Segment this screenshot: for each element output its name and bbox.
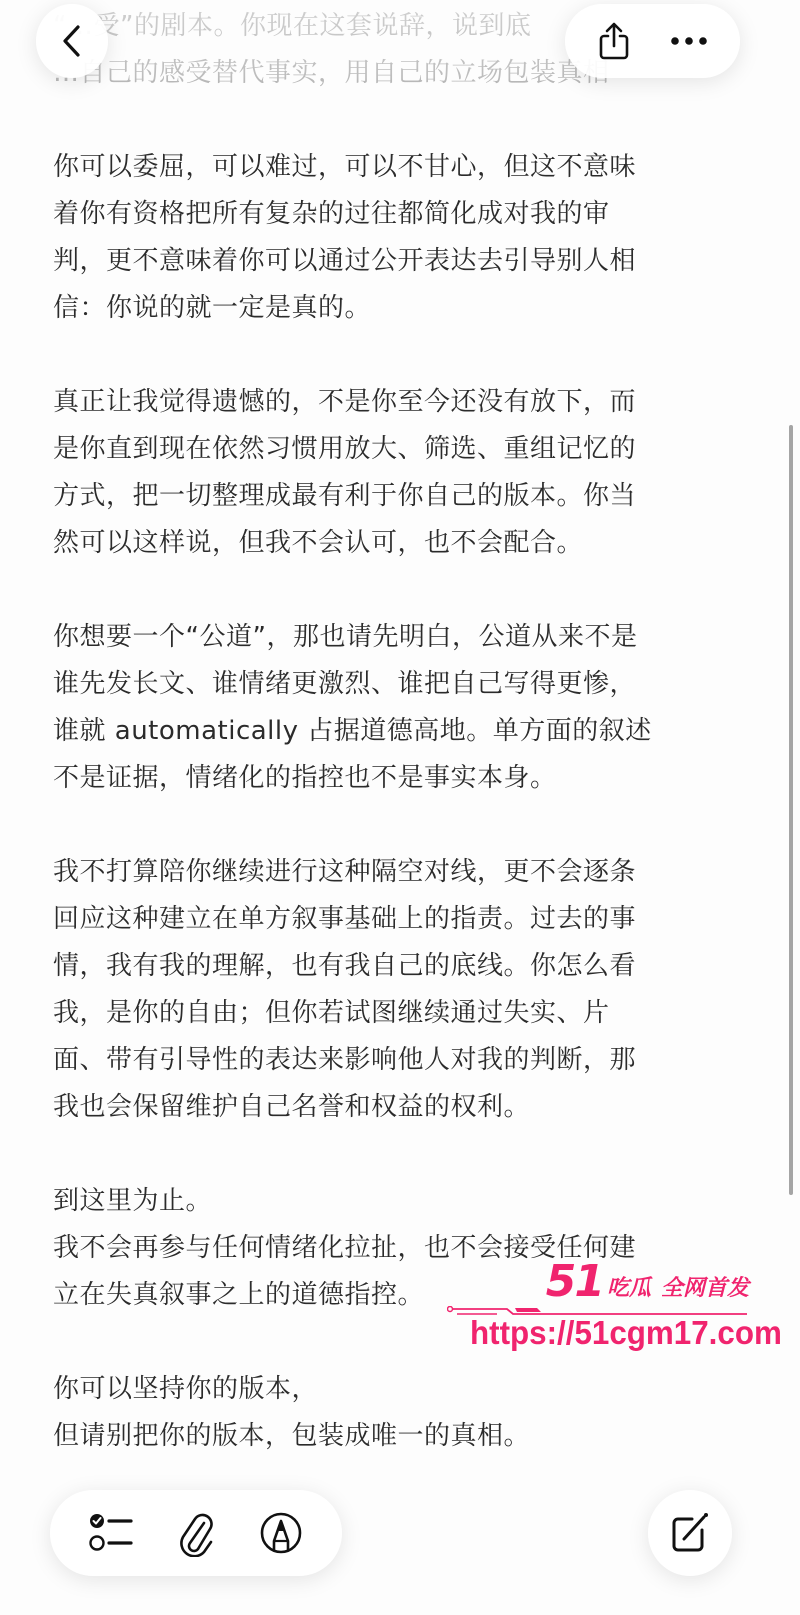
note-line: 方式，把一切整理成最有利于你自己的版本。你当 — [53, 473, 743, 520]
note-line: 判，更不意味着你可以通过公开表达去引导别人相 — [53, 238, 743, 285]
scrollbar[interactable] — [789, 425, 793, 1195]
paragraph-2: 真正让我觉得遗憾的，不是你至今还没有放下，而 是你直到现在依然习惯用放大、筛选、… — [53, 379, 743, 567]
note-line: 谁先发长文、谁情绪更激烈、谁把自己写得更惨， — [53, 661, 743, 708]
note-line: 着你有资格把所有复杂的过往都简化成对我的审 — [53, 191, 743, 238]
pen-tip-circle-icon — [259, 1511, 303, 1555]
paragraph-1: 你可以委屈，可以难过，可以不甘心，但这不意味 着你有资格把所有复杂的过往都简化成… — [53, 144, 743, 332]
checklist-icon — [89, 1511, 135, 1555]
note-line: 我不打算陪你继续进行这种隔空对线，更不会逐条 — [53, 849, 743, 896]
chevron-left-icon — [60, 23, 84, 59]
note-line: 你可以坚持你的版本， — [53, 1366, 743, 1413]
compose-button[interactable] — [648, 1490, 732, 1576]
share-icon — [597, 21, 631, 61]
note-line: 不是证据，情绪化的指控也不是事实本身。 — [53, 755, 743, 802]
compose-icon — [670, 1512, 710, 1554]
paragraph-4: 我不打算陪你继续进行这种隔空对线，更不会逐条 回应这种建立在单方叙事基础上的指责… — [53, 849, 743, 1131]
paperclip-icon — [178, 1509, 216, 1557]
note-line: 立在失真叙事之上的道德指控。 — [53, 1272, 743, 1319]
note-line: 我不会再参与任何情绪化拉扯，也不会接受任何建 — [53, 1225, 743, 1272]
header-actions — [565, 4, 740, 78]
note-line: 面、带有引导性的表达来影响他人对我的判断，那 — [53, 1037, 743, 1084]
more-button[interactable] — [670, 36, 708, 46]
note-line: 信：你说的就一定是真的。 — [53, 285, 743, 332]
note-body[interactable]: “…受”的剧本。你现在这套说辞，说到底 …自己的感受替代事实，用自己的立场包装真… — [53, 0, 743, 1460]
ellipsis-icon — [670, 36, 708, 46]
paragraph-3: 你想要一个“公道”，那也请先明白，公道从来不是 谁先发长文、谁情绪更激烈、谁把自… — [53, 614, 743, 802]
note-line: 我，是你的自由；但你若试图继续通过失实、片 — [53, 990, 743, 1037]
share-button[interactable] — [597, 21, 631, 61]
note-line: 情，我有我的理解，也有我自己的底线。你怎么看 — [53, 943, 743, 990]
note-line: 谁就 automatically 占据道德高地。单方面的叙述 — [53, 708, 743, 755]
note-line: 但请别把你的版本，包装成唯一的真相。 — [53, 1413, 743, 1460]
note-line: 我也会保留维护自己名誉和权益的权利。 — [53, 1084, 743, 1131]
paragraph-5: 到这里为止。 我不会再参与任何情绪化拉扯，也不会接受任何建 立在失真叙事之上的道… — [53, 1178, 743, 1319]
bottom-toolbar — [50, 1490, 342, 1576]
checklist-button[interactable] — [89, 1511, 135, 1555]
markup-button[interactable] — [259, 1511, 303, 1555]
back-button[interactable] — [36, 4, 108, 78]
note-line: 真正让我觉得遗憾的，不是你至今还没有放下，而 — [53, 379, 743, 426]
note-line: 你可以委屈，可以难过，可以不甘心，但这不意味 — [53, 144, 743, 191]
note-line: 到这里为止。 — [53, 1178, 743, 1225]
note-line: 你想要一个“公道”，那也请先明白，公道从来不是 — [53, 614, 743, 661]
note-line: 回应这种建立在单方叙事基础上的指责。过去的事 — [53, 896, 743, 943]
paragraph-6: 你可以坚持你的版本， 但请别把你的版本，包装成唯一的真相。 — [53, 1366, 743, 1460]
attachment-button[interactable] — [178, 1509, 216, 1557]
note-line: 是你直到现在依然习惯用放大、筛选、重组记忆的 — [53, 426, 743, 473]
note-line: 然可以这样说，但我不会认可，也不会配合。 — [53, 520, 743, 567]
